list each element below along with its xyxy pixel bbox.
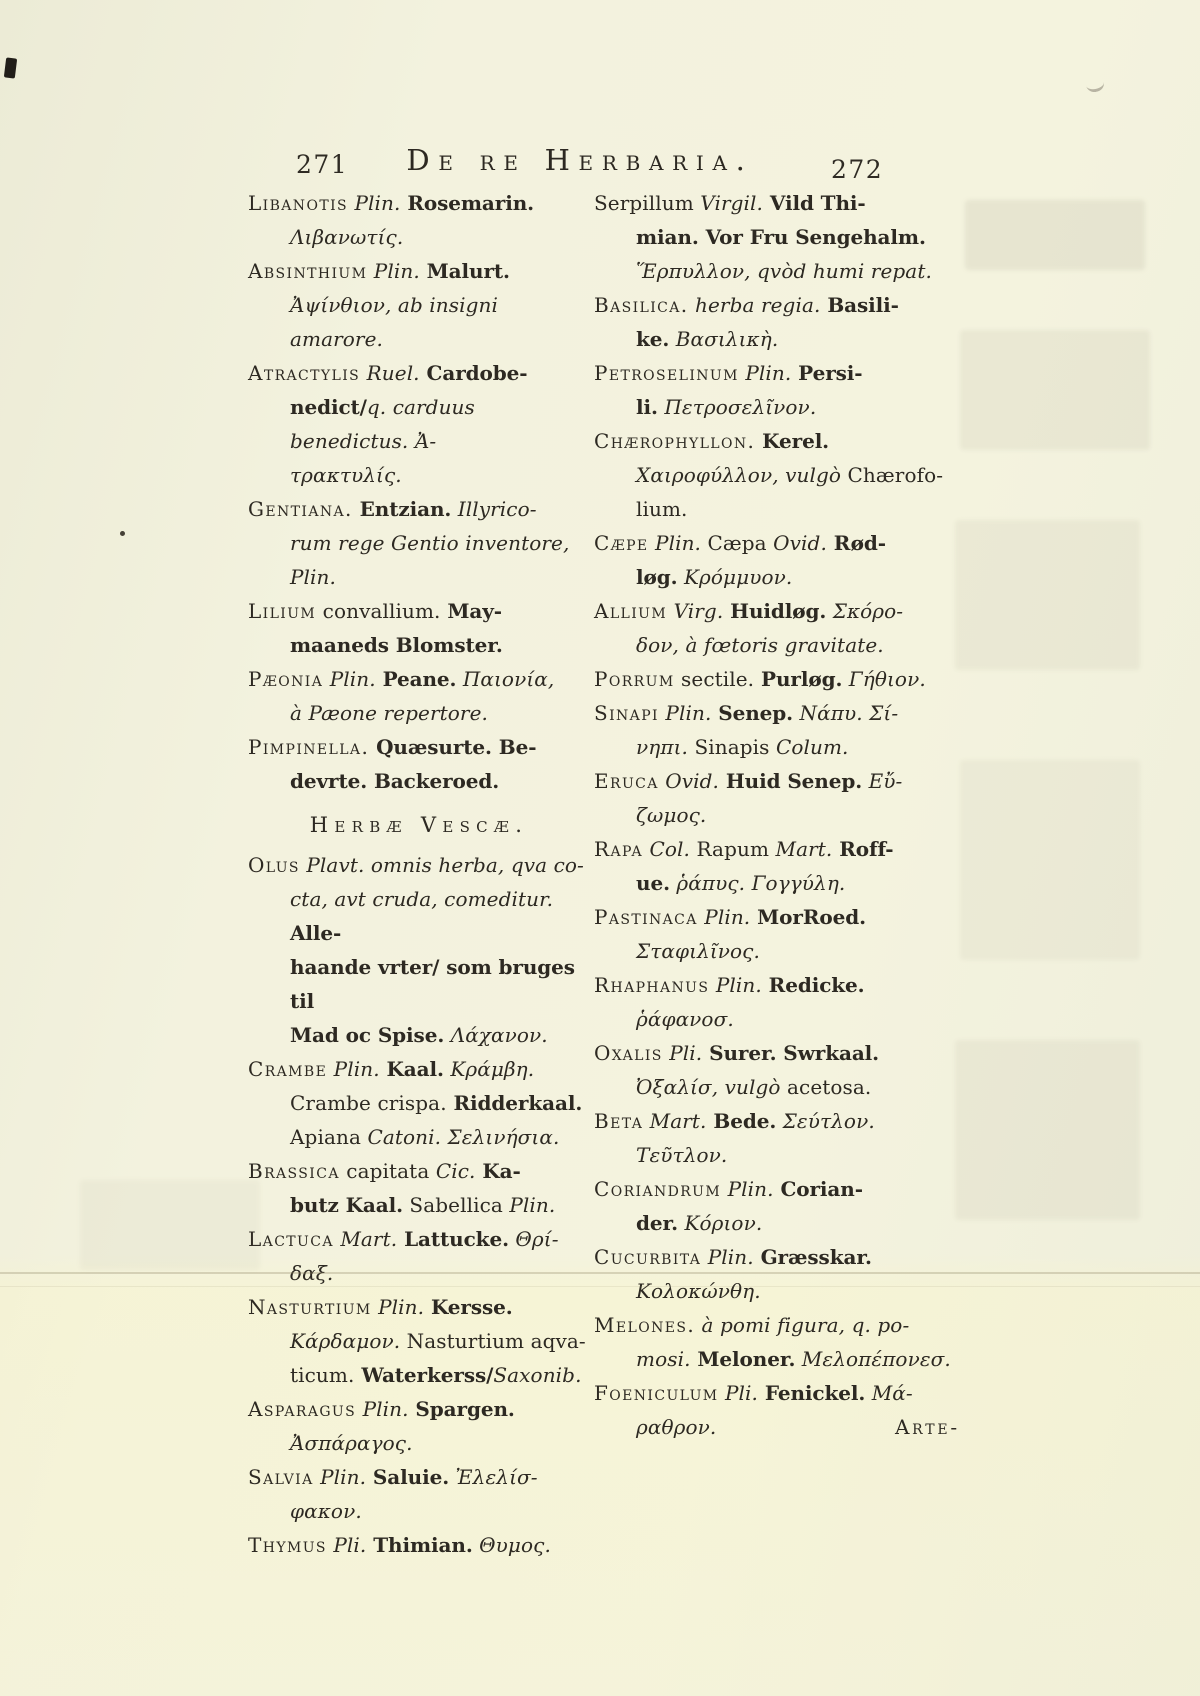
text-run: φακον. — [290, 1499, 362, 1523]
text-run: Peane. — [376, 667, 457, 691]
bleed-through-smudge — [965, 200, 1145, 270]
text-run: Brassica — [248, 1159, 340, 1183]
text-run: MorRoed. — [750, 905, 866, 929]
text-run: Pæonia — [248, 667, 323, 691]
dictionary-entry: Brassica capitata Cic. Ka-butz Kaal. Sab… — [248, 1154, 590, 1222]
dictionary-entry: Porrum sectile. Purløg. Γήθιον. — [594, 662, 960, 696]
page-number-right: 272 — [831, 155, 883, 184]
text-run: Huid Senep. — [719, 769, 862, 793]
text-run: Thimian. — [366, 1533, 472, 1557]
text-run: ζωμος. — [636, 803, 706, 827]
dictionary-entry: Pastinaca Plin. MorRoed.Σταφιλῖνος. — [594, 900, 960, 968]
text-run: Quæsurte. Be- — [369, 735, 536, 759]
dictionary-entry: Libanotis Plin. Rosemarin.Λιβανωτίς. — [248, 186, 590, 254]
text-run: Eruca — [594, 769, 659, 793]
dictionary-entry: Lilium convallium. May-maaneds Blomster. — [248, 594, 590, 662]
text-run: Εὔ- — [862, 769, 902, 793]
text-run: ke. — [636, 327, 669, 351]
text-run: Mart. — [334, 1227, 397, 1251]
text-run: Spargen. — [409, 1397, 515, 1421]
text-run: Plin. — [698, 905, 750, 929]
text-run: Oxalis — [594, 1041, 663, 1065]
text-run: Ovid. — [659, 769, 719, 793]
dictionary-entry: Pæonia Plin. Peane. Παιονία,à Pæone repe… — [248, 662, 590, 730]
text-run: Γήθιον. — [842, 667, 925, 691]
text-run: Λιβανωτίς. — [290, 225, 403, 249]
text-run: Beta — [594, 1109, 643, 1133]
text-run: Atractylis — [248, 361, 360, 385]
text-run: Crambe — [248, 1057, 327, 1081]
bleed-through-smudge — [80, 1180, 260, 1270]
text-run: Malurt. — [420, 259, 510, 283]
text-run: Θυμος. — [473, 1533, 551, 1557]
text-run: Pli. — [327, 1533, 366, 1557]
text-run: Κρόμμυον. — [678, 565, 793, 589]
text-run: Saluie. — [366, 1465, 449, 1489]
text-run: ticum. — [290, 1363, 354, 1387]
text-run: Illyrico- — [451, 497, 536, 521]
text-run: Sabellica — [403, 1193, 503, 1217]
text-run: Rapa — [594, 837, 643, 861]
dictionary-entry: Absinthium Plin. Malurt.Ἀψίνθιον, ab ins… — [248, 254, 590, 356]
text-run: Foeniculum — [594, 1381, 719, 1405]
text-run: νηπι. — [636, 735, 688, 759]
text-run: haande vrter/ som bruges til — [290, 955, 575, 1013]
text-run: Kerel. — [755, 429, 829, 453]
paper-fold-line — [0, 1272, 1200, 1274]
text-run: Salvia — [248, 1465, 314, 1489]
text-run: Νάπυ. Σί- — [793, 701, 898, 725]
text-run: Coriandrum — [594, 1177, 721, 1201]
text-run: Persi- — [791, 361, 862, 385]
bleed-through-smudge — [960, 330, 1150, 450]
text-run: Plin. — [701, 1245, 753, 1269]
text-run: Asparagus — [248, 1397, 356, 1421]
text-run: Ἕρπυλλον, — [636, 259, 751, 283]
text-run: Plin. — [372, 1295, 424, 1319]
text-run: acetosa. — [781, 1075, 872, 1099]
text-run: Mad oc Spise. — [290, 1023, 444, 1047]
text-run: Mart. — [643, 1109, 706, 1133]
text-run: devrte. Backeroed. — [290, 769, 499, 793]
text-run: li. — [636, 395, 658, 419]
text-run: Plin. — [721, 1177, 773, 1201]
text-run: Rhaphanus — [594, 973, 709, 997]
text-run: Cæpe — [594, 531, 649, 555]
text-run: Serpillum — [594, 191, 694, 215]
text-run: Plin. — [327, 1057, 379, 1081]
text-run: Ἀψίνθιον, — [290, 293, 391, 317]
text-run: Græsskar. — [754, 1245, 872, 1269]
dictionary-entry: Serpillum Virgil. Vild Thi-mian. Vor Fru… — [594, 186, 960, 288]
text-run: cta, avt cruda, comeditur. — [290, 887, 553, 911]
text-run: Παιονία, — [456, 667, 554, 691]
dictionary-entry: Pimpinella. Quæsurte. Be-devrte. Backero… — [248, 730, 590, 798]
dictionary-entry: Eruca Ovid. Huid Senep. Εὔ-ζωμος. — [594, 764, 960, 832]
text-run: Nasturtium — [248, 1295, 372, 1319]
text-run: Plin. — [709, 973, 761, 997]
text-run: Col. — [643, 837, 690, 861]
text-run: Olus — [248, 853, 300, 877]
text-run: Θρί- — [509, 1227, 559, 1251]
text-run: Plin. — [348, 191, 400, 215]
text-run: à Pæone repertore. — [290, 701, 488, 725]
text-run: butz Kaal. — [290, 1193, 403, 1217]
text-run: mosi. — [636, 1347, 691, 1371]
text-run: Alle- — [290, 921, 341, 945]
dictionary-entry: Crambe Plin. Kaal. Κράμβη.Crambe crispa.… — [248, 1052, 590, 1154]
text-run: Lilium — [248, 599, 316, 623]
text-run: Κολοκώνθη. — [636, 1279, 761, 1303]
text-run: Βασιλικὴ. — [669, 327, 778, 351]
text-run: Cic. — [429, 1159, 475, 1183]
text-run: Ἐλελίσ- — [449, 1465, 538, 1489]
text-run: vulgò — [779, 463, 841, 487]
ink-speck — [4, 57, 17, 78]
text-run: Σταφιλῖνος. — [636, 939, 760, 963]
text-run: mian. Vor Fru Sengehalm. — [636, 225, 926, 249]
text-run: lium. — [636, 497, 688, 521]
text-run: Entzian. — [353, 497, 452, 521]
text-run: Senep. — [711, 701, 793, 725]
text-run: Σελινήσια. — [441, 1125, 559, 1149]
text-run: Basilica. — [594, 293, 689, 317]
text-run: Fenickel. — [758, 1381, 865, 1405]
text-run: Mart. — [769, 837, 832, 861]
text-run: Ἀ- — [408, 429, 436, 453]
text-run: Σεύτλον. — [776, 1109, 875, 1133]
text-column-right: Serpillum Virgil. Vild Thi-mian. Vor Fru… — [594, 186, 960, 1444]
text-run: Lactuca — [248, 1227, 334, 1251]
dictionary-entry: Beta Mart. Bede. Σεύτλον.Τεῦτλον. — [594, 1104, 960, 1172]
text-run: Waterkerss/ — [354, 1363, 493, 1387]
text-run: ραθρον. — [636, 1415, 716, 1439]
text-run: vulgò — [718, 1075, 780, 1099]
text-run: Ka- — [475, 1159, 520, 1183]
text-run: Κάρδαμον. — [290, 1329, 400, 1353]
text-run: τρακτυλίς. — [290, 463, 402, 487]
text-run: Pli. — [663, 1041, 702, 1065]
dictionary-entry: Allium Virg. Huidløg. Σκόρο-δον, à fœtor… — [594, 594, 960, 662]
text-run: convallium. — [316, 599, 440, 623]
text-run: Sinapi — [594, 701, 659, 725]
text-run: Pimpinella. — [248, 735, 369, 759]
dictionary-entry: Cæpe Plin. Cæpa Ovid. Rød-løg. Κρόμμυον. — [594, 526, 960, 594]
text-run: Thymus — [248, 1533, 327, 1557]
text-run: Allium — [594, 599, 667, 623]
text-run: Petroselinum — [594, 361, 739, 385]
text-run: ue. — [636, 871, 670, 895]
dictionary-entry: Atractylis Ruel. Cardobe-nedict/q. cardu… — [248, 356, 590, 492]
ink-speck — [120, 531, 125, 536]
text-run: Plin. — [503, 1193, 555, 1217]
text-run: sectile. — [675, 667, 755, 691]
text-run: Purløg. — [754, 667, 842, 691]
text-run: Plin. — [739, 361, 791, 385]
section-heading: Herbæ Vescæ. — [248, 813, 590, 837]
running-title: De re Herbaria. — [340, 143, 820, 177]
text-run: à pomi figura, q. po- — [695, 1313, 909, 1337]
text-run: Colum. — [770, 735, 849, 759]
text-run: Μελοπέπονεσ. — [795, 1347, 951, 1371]
dictionary-entry: Coriandrum Plin. Corian-der. Κόριον. — [594, 1172, 960, 1240]
text-run: Melones. — [594, 1313, 695, 1337]
dictionary-entry: Basilica. herba regia. Basili-ke. Βασιλι… — [594, 288, 960, 356]
text-run: ῥάφανοσ. — [636, 1007, 734, 1031]
text-run: Chærofo- — [841, 463, 943, 487]
text-run: Plin. — [323, 667, 375, 691]
dictionary-entry: Rapa Col. Rapum Mart. Roff-ue. ῥάπυς. Γο… — [594, 832, 960, 900]
text-run: Κράμβη. — [444, 1057, 534, 1081]
dictionary-entry: Olus Plavt. omnis herba, qva co-cta, avt… — [248, 848, 590, 1052]
dictionary-entry: Nasturtium Plin. Kersse.Κάρδαμον. Nastur… — [248, 1290, 590, 1392]
text-run: Τεῦτλον. — [636, 1143, 727, 1167]
text-run: Catoni. — [361, 1125, 441, 1149]
text-run: Plin. — [367, 259, 419, 283]
text-run: Porrum — [594, 667, 675, 691]
text-run: Bede. — [707, 1109, 777, 1133]
text-run: Gentiana. — [248, 497, 353, 521]
text-run: Μά- — [865, 1381, 913, 1405]
text-run: Basili- — [820, 293, 898, 317]
text-run: herba regia. — [689, 293, 821, 317]
text-run: Absinthium — [248, 259, 367, 283]
text-run: Pastinaca — [594, 905, 698, 929]
text-run: Corian- — [774, 1177, 863, 1201]
dictionary-entry: Foeniculum Pli. Fenickel. Μά-ραθρον.Arte… — [594, 1376, 960, 1444]
text-run: Roff- — [832, 837, 893, 861]
dictionary-entry: Gentiana. Entzian. Illyrico-rum rege Gen… — [248, 492, 590, 594]
text-run: Huidløg. — [723, 599, 826, 623]
text-run: Plin. — [314, 1465, 366, 1489]
bleed-through-smudge — [955, 520, 1140, 670]
text-run: Ridderkaal. — [447, 1091, 583, 1115]
catchword: Arte- — [937, 1410, 960, 1444]
text-column-left: Libanotis Plin. Rosemarin.Λιβανωτίς.Absi… — [248, 186, 590, 1562]
text-run: Cucurbita — [594, 1245, 701, 1269]
dictionary-entry: Sinapi Plin. Senep. Νάπυ. Σί-νηπι. Sinap… — [594, 696, 960, 764]
text-run: Πετροσελῖνον. — [658, 395, 816, 419]
text-run: Virg. — [667, 599, 723, 623]
text-run: capitata — [340, 1159, 430, 1183]
dictionary-entry: Salvia Plin. Saluie. Ἐλελίσ-φακον. — [248, 1460, 590, 1528]
text-run: à fœtoris gravitate. — [679, 633, 884, 657]
text-run: Redicke. — [762, 973, 865, 997]
text-run: Χαιροφύλλον, — [636, 463, 779, 487]
dictionary-entry: Rhaphanus Plin. Redicke.ῥάφανοσ. — [594, 968, 960, 1036]
text-run: qvòd humi repat. — [751, 259, 932, 283]
text-run: Apiana — [290, 1125, 361, 1149]
text-run: ῥάπυς. Γογγύλη. — [670, 871, 845, 895]
book-page-scan: 271 De re Herbaria. 272 Libanotis Plin. … — [0, 0, 1200, 1696]
text-run: Pli. — [719, 1381, 758, 1405]
text-run: Crambe crispa. — [290, 1091, 447, 1115]
text-run: Ὀξαλίσ, — [636, 1075, 718, 1099]
dictionary-entry: Oxalis Pli. Surer. Swrkaal.Ὀξαλίσ, vulgò… — [594, 1036, 960, 1104]
text-run: Sinapis — [688, 735, 770, 759]
text-run: May- — [440, 599, 501, 623]
text-run: Ovid. — [767, 531, 827, 555]
text-run: Virgil. — [694, 191, 763, 215]
text-run: Rosemarin. — [400, 191, 534, 215]
text-run: Kersse. — [424, 1295, 513, 1319]
dictionary-entry: Thymus Pli. Thimian. Θυμος. — [248, 1528, 590, 1562]
dictionary-entry: Lactuca Mart. Lattucke. Θρί-δαξ. — [248, 1222, 590, 1290]
text-run: Vild Thi- — [763, 191, 866, 215]
text-run: Surer. Swrkaal. — [702, 1041, 879, 1065]
bleed-through-smudge — [960, 760, 1140, 960]
text-run: Ἀσπάραγος. — [290, 1431, 413, 1455]
text-run: Cardobe- — [420, 361, 528, 385]
text-run: Λάχανον. — [444, 1023, 548, 1047]
text-run: maaneds Blomster. — [290, 633, 503, 657]
text-run: Rapum — [690, 837, 769, 861]
dictionary-entry: Asparagus Plin. Spargen.Ἀσπάραγος. — [248, 1392, 590, 1460]
text-run: Saxonib. — [493, 1363, 581, 1387]
text-run: Plin. — [356, 1397, 408, 1421]
text-run: Plin. — [649, 531, 701, 555]
text-run: der. — [636, 1211, 678, 1235]
text-run: nedict/ — [290, 395, 367, 419]
text-run: Lattucke. — [397, 1227, 509, 1251]
dictionary-entry: Chærophyllon. Kerel.Χαιροφύλλον, vulgò C… — [594, 424, 960, 526]
text-run: Κόριον. — [678, 1211, 762, 1235]
dictionary-entry: Petroselinum Plin. Persi-li. Πετροσελῖνο… — [594, 356, 960, 424]
text-run: Chærophyllon. — [594, 429, 755, 453]
text-run: Meloner. — [691, 1347, 796, 1371]
text-run: løg. — [636, 565, 678, 589]
text-run: Nasturtium aqva- — [400, 1329, 586, 1353]
text-run: rum rege Gentio inventore, Plin. — [290, 531, 569, 589]
text-run: Plavt. omnis herba, qva co- — [300, 853, 584, 877]
text-run: Cæpa — [701, 531, 767, 555]
text-run: Ruel. — [360, 361, 420, 385]
text-run: Kaal. — [380, 1057, 444, 1081]
text-run: Plin. — [659, 701, 711, 725]
text-run: Libanotis — [248, 191, 348, 215]
dictionary-entry: Melones. à pomi figura, q. po-mosi. Melo… — [594, 1308, 960, 1376]
text-run: δον, — [636, 633, 679, 657]
text-run: Σκόρο- — [826, 599, 903, 623]
text-run: Rød- — [827, 531, 886, 555]
pencil-mark — [1085, 74, 1106, 93]
dictionary-entry: Cucurbita Plin. Græsskar.Κολοκώνθη. — [594, 1240, 960, 1308]
bleed-through-smudge — [955, 1040, 1140, 1220]
paper-fold-line — [0, 1286, 1200, 1287]
